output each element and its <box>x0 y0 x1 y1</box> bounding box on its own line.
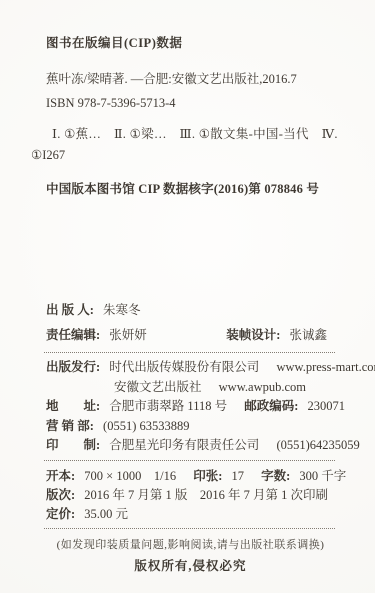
editor-designer-row: 责任编辑: 张妍妍 装帧设计: 张诚鑫 <box>46 323 335 348</box>
format-value: 700 × 1000 1/16 <box>84 469 176 483</box>
sheets-label: 印张: <box>193 469 222 483</box>
postcode-value: 230071 <box>308 399 346 413</box>
designer-label: 装帧设计: <box>226 328 280 342</box>
address-value: 合肥市翡翠路 1118 号 <box>109 399 227 413</box>
press-url: www.awpub.com <box>219 380 306 394</box>
printing-row: 印 制: 合肥星光印务有限责任公司 (0551)64235059 <box>46 436 335 456</box>
spec-block: 开本: 700 × 1000 1/16 印张: 17 字数: 300 千字 版次… <box>46 467 335 524</box>
editor-group: 责任编辑: 张妍妍 <box>46 323 147 348</box>
designer-name: 张诚鑫 <box>289 328 327 342</box>
editor-label: 责任编辑: <box>46 328 100 342</box>
cip-bibliographic-block: 蕉叶冻/梁晴著. —合肥:安徽文艺出版社,2016.7 ISBN 978-7-5… <box>46 67 335 115</box>
edition-label: 版次: <box>46 488 75 502</box>
price-value: 35.00 元 <box>84 507 128 521</box>
copyright-statement: 版权所有,侵权必究 <box>46 556 335 574</box>
publisher-name: 朱寒冬 <box>103 303 141 317</box>
price-row: 定价: 35.00 元 <box>46 505 335 524</box>
address-label: 地 址: <box>46 399 100 413</box>
address-row: 地 址: 合肥市翡翠路 1118 号 邮政编码: 230071 <box>46 397 335 417</box>
issue-url: www.press-mart.com <box>276 360 375 374</box>
press-row: 安徽文艺出版社 www.awpub.com <box>46 378 335 398</box>
dotted-divider-middle <box>44 460 335 461</box>
issue-company: 时代出版传媒股份有限公司 <box>109 360 259 374</box>
classification-line-2: ①I267 <box>31 147 335 163</box>
postcode-label: 邮政编码: <box>244 399 298 413</box>
issue-label: 出版发行: <box>46 360 100 374</box>
copyright-page: 图书在版编目(CIP)数据 蕉叶冻/梁晴著. —合肥:安徽文艺出版社,2016.… <box>0 0 375 593</box>
editor-name: 张妍妍 <box>109 328 147 342</box>
sheets-value: 17 <box>232 469 245 483</box>
marketing-label: 营 销 部: <box>46 419 94 433</box>
classification-line-1: Ⅰ. ①蕉… Ⅱ. ①梁… Ⅲ. ①散文集-中国-当代 Ⅳ. <box>46 124 335 142</box>
staff-block: 出 版 人: 朱寒冬 责任编辑: 张妍妍 装帧设计: 张诚鑫 <box>46 298 335 348</box>
print-company: 合肥星光印务有限责任公司 <box>109 438 259 452</box>
edition-row: 版次: 2016 年 7 月第 1 版 2016 年 7 月第 1 次印刷 <box>46 486 335 505</box>
press-name: 安徽文艺出版社 <box>114 380 202 394</box>
publishing-block: 出版发行: 时代出版传媒股份有限公司 www.press-mart.com 安徽… <box>46 358 335 456</box>
designer-group: 装帧设计: 张诚鑫 <box>226 323 327 348</box>
format-row: 开本: 700 × 1000 1/16 印张: 17 字数: 300 千字 <box>46 467 335 486</box>
marketing-phone: (0551) 63533889 <box>103 419 189 433</box>
isbn-line: ISBN 978-7-5396-5713-4 <box>46 91 335 115</box>
words-label: 字数: <box>261 469 290 483</box>
edition-value: 2016 年 7 月第 1 版 2016 年 7 月第 1 次印刷 <box>84 488 328 502</box>
print-phone: (0551)64235059 <box>276 438 359 452</box>
words-value: 300 千字 <box>299 469 346 483</box>
publisher-label: 出 版 人: <box>46 303 94 317</box>
print-label: 印 制: <box>46 438 100 452</box>
cip-header: 图书在版编目(CIP)数据 <box>46 33 335 51</box>
price-label: 定价: <box>46 507 75 521</box>
dotted-divider-bottom <box>44 528 335 529</box>
cip-record-number: 中国版本图书馆 CIP 数据核字(2016)第 078846 号 <box>46 179 335 197</box>
dotted-divider-top <box>44 352 335 353</box>
format-label: 开本: <box>46 469 75 483</box>
book-title-line: 蕉叶冻/梁晴著. —合肥:安徽文艺出版社,2016.7 <box>46 67 335 91</box>
quality-notice: (如发现印装质量问题,影响阅读,请与出版社联系调换) <box>46 536 335 552</box>
marketing-row: 营 销 部: (0551) 63533889 <box>46 417 335 437</box>
issue-row: 出版发行: 时代出版传媒股份有限公司 www.press-mart.com <box>46 358 335 378</box>
footer-block: (如发现印装质量问题,影响阅读,请与出版社联系调换) 版权所有,侵权必究 <box>46 536 335 574</box>
publisher-row: 出 版 人: 朱寒冬 <box>46 298 335 323</box>
